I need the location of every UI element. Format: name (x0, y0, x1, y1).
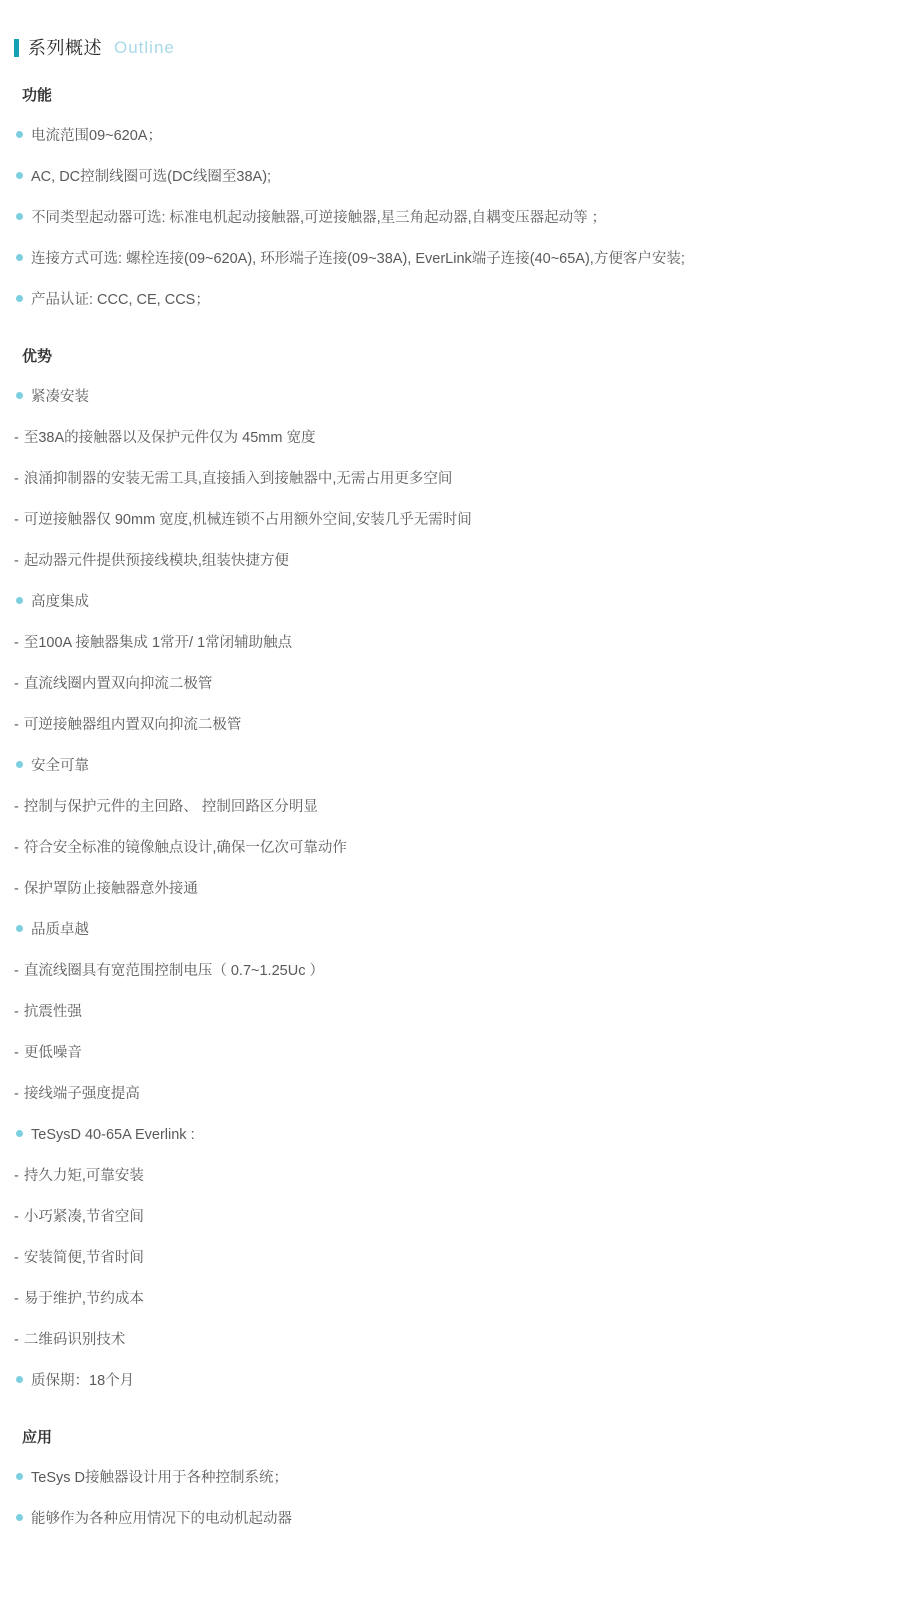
dash-marker-icon: - (14, 471, 19, 487)
bullet-item: 连接方式可选: 螺栓连接(09~620A), 环形端子连接(09~38A), E… (14, 248, 890, 270)
dash-marker-icon: - (14, 430, 19, 446)
section-heading: 功能 (22, 86, 890, 106)
bullet-item: 紧凑安装 (14, 386, 890, 408)
page-subtitle: Outline (114, 38, 175, 58)
dash-marker-icon: - (14, 799, 19, 815)
item-text: 至100A 接触器集成 1常开/ 1常闭辅助触点 (24, 635, 292, 651)
item-text: 小巧紧凑,节省空间 (24, 1209, 144, 1225)
bullet-dot-icon (16, 761, 23, 768)
bullet-dot-icon (16, 1514, 23, 1521)
item-text: 可逆接触器组内置双向抑流二极管 (24, 717, 242, 733)
item-text: 不同类型起动器可选: 标准电机起动接触器,可逆接触器,星三角起动器,自耦变压器起… (31, 210, 606, 226)
bullet-item: 品质卓越 (14, 919, 890, 941)
item-text: 起动器元件提供预接线模块,组装快捷方便 (24, 553, 289, 569)
sub-item: -安装简便,节省时间 (14, 1247, 890, 1269)
bullet-dot-icon (16, 172, 23, 179)
bullet-dot-icon (16, 925, 23, 932)
item-text: 连接方式可选: 螺栓连接(09~620A), 环形端子连接(09~38A), E… (31, 251, 685, 267)
dash-marker-icon: - (14, 1209, 19, 1225)
item-text: 抗震性强 (24, 1004, 82, 1020)
dash-marker-icon: - (14, 1291, 19, 1307)
section-heading: 优势 (22, 347, 890, 367)
bullet-dot-icon (16, 1473, 23, 1480)
item-text: 符合安全标准的镜像触点设计,确保一亿次可靠动作 (24, 840, 347, 856)
sub-item: -符合安全标准的镜像触点设计,确保一亿次可靠动作 (14, 837, 890, 859)
bullet-dot-icon (16, 213, 23, 220)
item-text: 易于维护,节约成本 (24, 1291, 144, 1307)
sub-item: -至38A的接触器以及保护元件仅为 45mm 宽度 (14, 427, 890, 449)
sub-item: -持久力矩,可靠安装 (14, 1165, 890, 1187)
item-text: 浪涌抑制器的安装无需工具,直接插入到接触器中,无需占用更多空间 (24, 471, 453, 487)
sub-item: -浪涌抑制器的安装无需工具,直接插入到接触器中,无需占用更多空间 (14, 468, 890, 490)
dash-marker-icon: - (14, 635, 19, 651)
item-text: 直流线圈具有宽范围控制电压（ 0.7~1.25Uc ） (24, 963, 324, 979)
sub-item: -可逆接触器仅 90mm 宽度,机械连锁不占用额外空间,安装几乎无需时间 (14, 509, 890, 531)
sub-item: -更低噪音 (14, 1042, 890, 1064)
bullet-item: 能够作为各种应用情况下的电动机起动器 (14, 1508, 890, 1530)
sub-item: -至100A 接触器集成 1常开/ 1常闭辅助触点 (14, 632, 890, 654)
dash-marker-icon: - (14, 553, 19, 569)
sub-item: -控制与保护元件的主回路、 控制回路区分明显 (14, 796, 890, 818)
dash-marker-icon: - (14, 1250, 19, 1266)
dash-marker-icon: - (14, 881, 19, 897)
outline-page: 系列概述 Outline 功能电流范围09~620A；AC, DC控制线圈可选(… (0, 0, 900, 1601)
item-text: 安全可靠 (31, 758, 89, 774)
item-text: 可逆接触器仅 90mm 宽度,机械连锁不占用额外空间,安装几乎无需时间 (24, 512, 472, 528)
dash-marker-icon: - (14, 1045, 19, 1061)
dash-marker-icon: - (14, 1168, 19, 1184)
bullet-dot-icon (16, 295, 23, 302)
item-text: TeSysD 40-65A Everlink : (31, 1127, 195, 1143)
dash-marker-icon: - (14, 676, 19, 692)
item-text: 电流范围09~620A； (31, 128, 162, 144)
sub-item: -二维码识别技术 (14, 1329, 890, 1351)
page-header: 系列概述 Outline (14, 0, 890, 58)
sub-item: -抗震性强 (14, 1001, 890, 1023)
bullet-item: 安全可靠 (14, 755, 890, 777)
sub-item: -直流线圈内置双向抑流二极管 (14, 673, 890, 695)
item-text: 至38A的接触器以及保护元件仅为 45mm 宽度 (24, 430, 316, 446)
dash-marker-icon: - (14, 717, 19, 733)
bullet-dot-icon (16, 131, 23, 138)
item-text: 品质卓越 (31, 922, 89, 938)
bullet-item: 产品认证: CCC, CE, CCS； (14, 289, 890, 311)
dash-marker-icon: - (14, 840, 19, 856)
bullet-dot-icon (16, 392, 23, 399)
bullet-item: AC, DC控制线圈可选(DC线圈至38A); (14, 166, 890, 188)
accent-bar-icon (14, 39, 19, 57)
sub-item: -直流线圈具有宽范围控制电压（ 0.7~1.25Uc ） (14, 960, 890, 982)
bullet-dot-icon (16, 1130, 23, 1137)
section-heading: 应用 (22, 1428, 890, 1448)
dash-marker-icon: - (14, 512, 19, 528)
sub-item: -小巧紧凑,节省空间 (14, 1206, 890, 1228)
sections: 功能电流范围09~620A；AC, DC控制线圈可选(DC线圈至38A);不同类… (14, 86, 890, 1530)
item-text: 安装简便,节省时间 (24, 1250, 144, 1266)
item-text: 直流线圈内置双向抑流二极管 (24, 676, 213, 692)
sub-item: -保护罩防止接触器意外接通 (14, 878, 890, 900)
item-text: 产品认证: CCC, CE, CCS； (31, 292, 210, 308)
dash-marker-icon: - (14, 963, 19, 979)
sub-item: -接线端子强度提高 (14, 1083, 890, 1105)
bullet-item: 质保期：18个月 (14, 1370, 890, 1392)
item-text: 质保期：18个月 (31, 1373, 134, 1389)
sub-item: -起动器元件提供预接线模块,组装快捷方便 (14, 550, 890, 572)
item-text: 二维码识别技术 (24, 1332, 126, 1348)
page-title: 系列概述 (28, 38, 102, 58)
item-text: 更低噪音 (24, 1045, 82, 1061)
item-text: 接线端子强度提高 (24, 1086, 140, 1102)
bullet-item: 电流范围09~620A； (14, 125, 890, 147)
item-text: 控制与保护元件的主回路、 控制回路区分明显 (24, 799, 318, 815)
dash-marker-icon: - (14, 1004, 19, 1020)
sub-item: -易于维护,节约成本 (14, 1288, 890, 1310)
bullet-item: TeSysD 40-65A Everlink : (14, 1124, 890, 1146)
item-text: AC, DC控制线圈可选(DC线圈至38A); (31, 169, 271, 185)
dash-marker-icon: - (14, 1332, 19, 1348)
item-text: 保护罩防止接触器意外接通 (24, 881, 198, 897)
bullet-dot-icon (16, 254, 23, 261)
bullet-item: TeSys D接触器设计用于各种控制系统； (14, 1467, 890, 1489)
dash-marker-icon: - (14, 1086, 19, 1102)
bullet-item: 高度集成 (14, 591, 890, 613)
bullet-dot-icon (16, 597, 23, 604)
item-text: 持久力矩,可靠安装 (24, 1168, 144, 1184)
item-text: 能够作为各种应用情况下的电动机起动器 (31, 1511, 292, 1527)
item-text: 高度集成 (31, 594, 89, 610)
item-text: TeSys D接触器设计用于各种控制系统； (31, 1470, 288, 1486)
item-text: 紧凑安装 (31, 389, 89, 405)
bullet-item: 不同类型起动器可选: 标准电机起动接触器,可逆接触器,星三角起动器,自耦变压器起… (14, 207, 890, 229)
bullet-dot-icon (16, 1376, 23, 1383)
sub-item: -可逆接触器组内置双向抑流二极管 (14, 714, 890, 736)
